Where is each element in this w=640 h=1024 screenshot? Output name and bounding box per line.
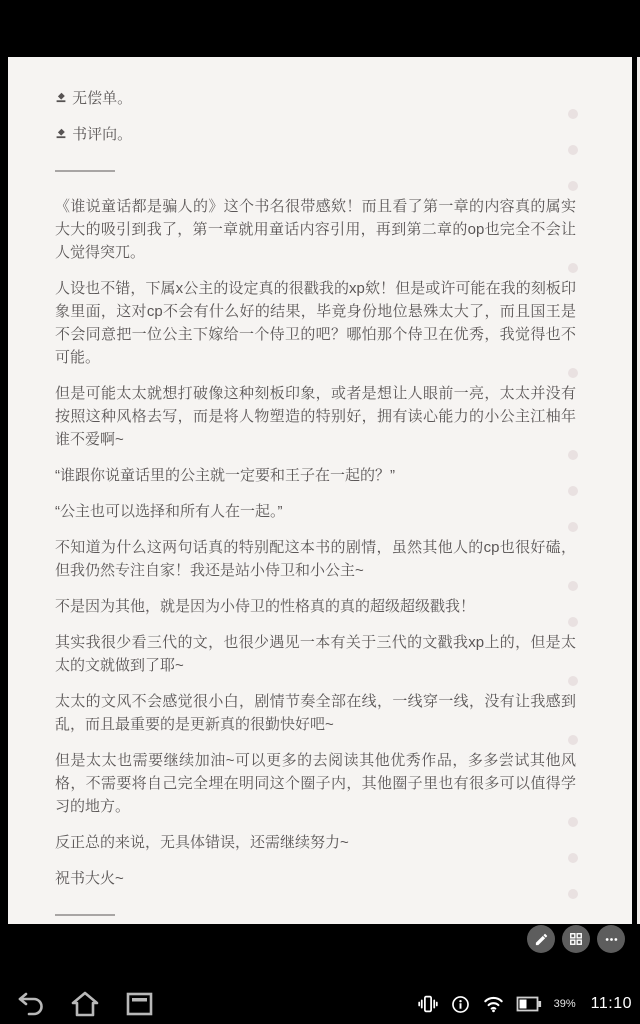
home-button[interactable] — [70, 991, 100, 1017]
clock: 11:10 — [591, 995, 632, 1013]
paragraph-text: 不知道为什么这两句话真的特别配这本书的剧情，虽然其他人的cp也很好磕，但我仍然专… — [55, 539, 576, 579]
edit-pencil-icon — [534, 932, 549, 947]
paragraph-text: “公主也可以选择和所有人在一起。” — [55, 503, 283, 520]
grid-button[interactable] — [562, 925, 590, 953]
paragraph-1: 无偿单。 — [55, 87, 576, 110]
paragraph-text: 《谁说童话都是骗人的》这个书名很带感欸！而且看了第一章的内容真的属实大大的吸引到… — [55, 198, 576, 261]
review-page[interactable]: 无偿单。 书评向。 ———— 《谁说童话都是骗人的》这个书名很带感欸！而且看了第… — [8, 57, 632, 924]
battery-icon — [516, 995, 543, 1013]
paragraph-comment-dot[interactable] — [568, 581, 578, 591]
paragraph-3: ———— — [55, 159, 576, 182]
paragraph-comment-dot[interactable] — [568, 889, 578, 899]
paragraph-comment-dot[interactable] — [568, 817, 578, 827]
paragraph-14: 反正总的来说，无具体错误，还需继续努力~ — [55, 831, 576, 854]
paragraph-15: 祝书大火~ — [55, 867, 576, 890]
grid-icon — [569, 932, 583, 946]
paragraph-text: 祝书大火~ — [55, 870, 124, 887]
paragraph-2: 书评向。 — [55, 123, 576, 146]
paragraph-text: 书评向。 — [72, 126, 132, 143]
paragraph-text: ———— — [55, 162, 115, 179]
paragraph-9: 不知道为什么这两句话真的特别配这本书的剧情，虽然其他人的cp也很好磕，但我仍然专… — [55, 536, 576, 582]
edit-button[interactable] — [527, 925, 555, 953]
recent-apps-button[interactable] — [124, 991, 154, 1017]
paragraph-8: “公主也可以选择和所有人在一起。” — [55, 500, 576, 523]
paragraph-text: 太太的文风不会感觉很小白，剧情节奏全部在线，一线穿一线，没有让我感到乱，而且最重… — [55, 693, 576, 733]
paragraph-text: ———— — [55, 906, 115, 923]
paragraph-comment-dot[interactable] — [568, 109, 578, 119]
vibrate-icon — [417, 993, 439, 1015]
paragraph-comment-dot[interactable] — [568, 522, 578, 532]
paragraph-text: 反正总的来说，无具体错误，还需继续努力~ — [55, 834, 349, 851]
paragraph-10: 不是因为其他，就是因为小侍卫的性格真的真的超级超级戳我！ — [55, 595, 576, 618]
paragraph-comment-dot[interactable] — [568, 263, 578, 273]
paragraph-comment-dot[interactable] — [568, 676, 578, 686]
status-cluster: 39% 11:10 — [417, 984, 632, 1024]
paragraph-comment-dot[interactable] — [568, 368, 578, 378]
paragraph-comment-dot[interactable] — [568, 486, 578, 496]
paragraph-text: 无偿单。 — [72, 90, 132, 107]
navigation-buttons — [16, 984, 154, 1024]
battery-percent: 39% — [554, 998, 576, 1010]
paragraph-comment-dot[interactable] — [568, 853, 578, 863]
more-button[interactable] — [597, 925, 625, 953]
system-bar: 39% 11:10 — [0, 984, 640, 1024]
paragraph-13: 但是太太也需要继续加油~可以更多的去阅读其他优秀作品，多多尝试其他风格，不需要将… — [55, 749, 576, 818]
paragraph-text: 不是因为其他，就是因为小侍卫的性格真的真的超级超级戳我！ — [55, 598, 475, 615]
paragraph-text: 但是太太也需要继续加油~可以更多的去阅读其他优秀作品，多多尝试其他风格，不需要将… — [55, 752, 576, 815]
stamp-icon — [55, 128, 67, 140]
paragraph-7: “谁跟你说童话里的公主就一定要和王子在一起的？” — [55, 464, 576, 487]
paragraph-16: ———— — [55, 903, 576, 924]
review-content: 无偿单。 书评向。 ———— 《谁说童话都是骗人的》这个书名很带感欸！而且看了第… — [8, 57, 632, 924]
paragraph-comment-dot[interactable] — [568, 450, 578, 460]
fab-group — [527, 925, 625, 953]
paragraph-6: 但是可能太太就想打破像这种刻板印象，或者是想让人眼前一亮，太太并没有按照这种风格… — [55, 382, 576, 451]
paragraph-11: 其实我很少看三代的文，也很少遇见一本有关于三代的文戳我xp上的，但是太太的文就做… — [55, 631, 576, 677]
back-icon — [16, 991, 46, 1017]
paragraph-comment-dot[interactable] — [568, 735, 578, 745]
paragraph-12: 太太的文风不会感觉很小白，剧情节奏全部在线，一线穿一线，没有让我感到乱，而且最重… — [55, 690, 576, 736]
paragraph-comment-dot[interactable] — [568, 181, 578, 191]
paragraph-5: 人设也不错，下属x公主的设定真的很戳我的xp欸！但是或许可能在我的刻板印象里面，… — [55, 277, 576, 369]
paragraph-text: 其实我很少看三代的文，也很少遇见一本有关于三代的文戳我xp上的，但是太太的文就做… — [55, 634, 576, 674]
paragraph-comment-dot[interactable] — [568, 145, 578, 155]
screen: 无偿单。 书评向。 ———— 《谁说童话都是骗人的》这个书名很带感欸！而且看了第… — [0, 0, 640, 1024]
stamp-icon — [55, 92, 67, 104]
more-dots-icon — [604, 932, 619, 947]
paragraph-comment-dot[interactable] — [568, 617, 578, 627]
recent-apps-icon — [124, 991, 154, 1017]
paragraph-4: 《谁说童话都是骗人的》这个书名很带感欸！而且看了第一章的内容真的属实大大的吸引到… — [55, 195, 576, 264]
paragraph-text: 但是可能太太就想打破像这种刻板印象，或者是想让人眼前一亮，太太并没有按照这种风格… — [55, 385, 576, 448]
wifi-icon — [482, 994, 505, 1014]
info-icon — [450, 994, 471, 1015]
back-button[interactable] — [16, 991, 46, 1017]
home-icon — [70, 991, 100, 1017]
paragraph-text: “谁跟你说童话里的公主就一定要和王子在一起的？” — [55, 467, 395, 484]
paragraph-text: 人设也不错，下属x公主的设定真的很戳我的xp欸！但是或许可能在我的刻板印象里面，… — [55, 280, 576, 366]
